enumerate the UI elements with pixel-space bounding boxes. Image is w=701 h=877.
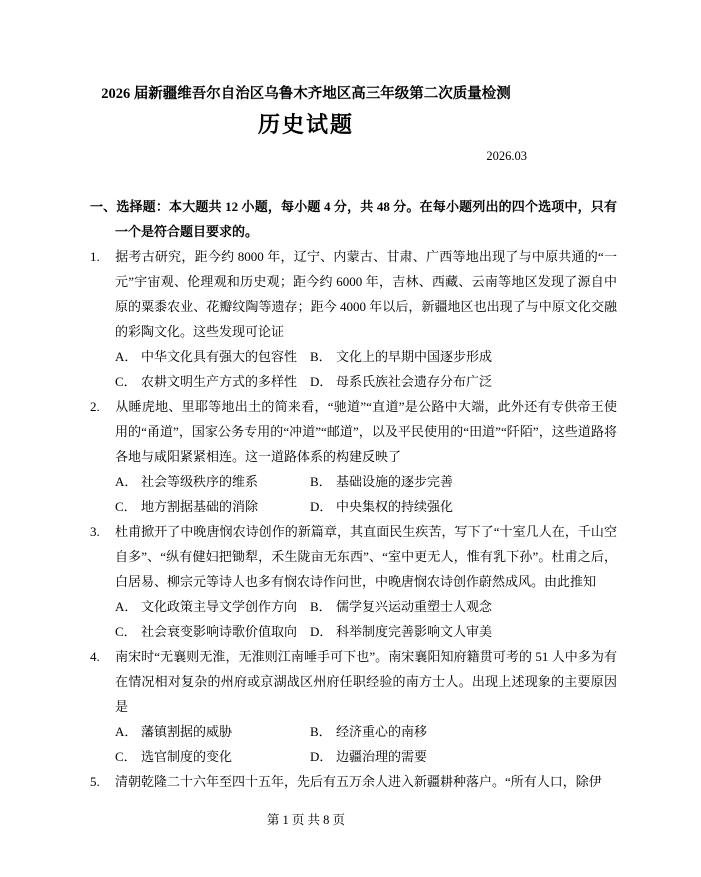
option-label: D． bbox=[310, 369, 336, 394]
option-label: C． bbox=[115, 494, 141, 519]
question-1: 1.据考古研究，距今约 8000 年，辽宁、内蒙古、甘肃、广西等地出现了与中原共… bbox=[90, 244, 617, 394]
option-b: B．儒学复兴运动重塑士人观念 bbox=[310, 594, 617, 619]
option-label: B． bbox=[310, 469, 336, 494]
option-a: A．社会等级秩序的维系 bbox=[115, 469, 310, 494]
option-d: D．科举制度完善影响文人审美 bbox=[310, 619, 617, 644]
option-b: B．文化上的早期中国逐步形成 bbox=[310, 344, 617, 369]
question-4: 4.南宋时“无襄则无淮，无淮则江南唾手可下也”。南宋襄阳知府籍贯可考的 51 人… bbox=[90, 644, 617, 769]
option-text: 社会衰变影响诗歌价值取向 bbox=[141, 624, 297, 639]
option-text: 科举制度完善影响文人审美 bbox=[336, 624, 492, 639]
page-footer: 第 1 页 共 8 页 bbox=[90, 812, 617, 828]
question-stem: 2.从睡虎地、里耶等地出土的简来看，“驰道”“直道”是公路中大端，此外还有专供帝… bbox=[90, 394, 617, 469]
question-number: 1. bbox=[90, 244, 115, 269]
exam-title: 2026 届新疆维吾尔自治区乌鲁木齐地区高三年级第二次质量检测 bbox=[90, 84, 617, 104]
question-stem-text: 清朝乾隆二十六年至四十五年，先后有五万余人进入新疆耕种落户。“所有人口，除伊 bbox=[115, 774, 602, 789]
option-label: B． bbox=[310, 719, 336, 744]
option-d: D．中央集权的持续强化 bbox=[310, 494, 617, 519]
option-text: 选官制度的变化 bbox=[141, 749, 232, 764]
question-options: A．中华文化具有强大的包容性 B．文化上的早期中国逐步形成 C．农耕文明生产方式… bbox=[90, 344, 617, 394]
question-stem: 1.据考古研究，距今约 8000 年，辽宁、内蒙古、甘肃、广西等地出现了与中原共… bbox=[90, 244, 617, 344]
option-a: A．文化政策主导文学创作方向 bbox=[115, 594, 310, 619]
option-label: B． bbox=[310, 594, 336, 619]
question-number: 3. bbox=[90, 519, 115, 544]
question-options: A．藩镇割据的威胁 B．经济重心的南移 C．选官制度的变化 D．边疆治理的需要 bbox=[90, 719, 617, 769]
question-3: 3.杜甫掀开了中晚唐悯农诗创作的新篇章，其直面民生疾苦，写下了“十室几人在，千山… bbox=[90, 519, 617, 644]
question-stem-text: 杜甫掀开了中晚唐悯农诗创作的新篇章，其直面民生疾苦，写下了“十室几人在，千山空自… bbox=[115, 524, 617, 589]
question-stem-text: 南宋时“无襄则无淮，无淮则江南唾手可下也”。南宋襄阳知府籍贯可考的 51 人中多… bbox=[115, 649, 617, 714]
option-text: 文化政策主导文学创作方向 bbox=[141, 599, 297, 614]
option-b: B．经济重心的南移 bbox=[310, 719, 617, 744]
question-options: A．社会等级秩序的维系 B．基础设施的逐步完善 C．地方割据基础的消除 D．中央… bbox=[90, 469, 617, 519]
subject-title: 历史试题 bbox=[90, 110, 617, 140]
question-number: 5. bbox=[90, 769, 115, 794]
option-c: C．社会衰变影响诗歌价值取向 bbox=[115, 619, 310, 644]
question-options: A．文化政策主导文学创作方向 B．儒学复兴运动重塑士人观念 C．社会衰变影响诗歌… bbox=[90, 594, 617, 644]
option-d: D．边疆治理的需要 bbox=[310, 744, 617, 769]
option-a: A．藩镇割据的威胁 bbox=[115, 719, 310, 744]
option-text: 中央集权的持续强化 bbox=[336, 499, 453, 514]
option-label: D． bbox=[310, 494, 336, 519]
section-heading: 一、选择题：本大题共 12 小题，每小题 4 分，共 48 分。在每小题列出的四… bbox=[90, 194, 617, 244]
option-label: C． bbox=[115, 369, 141, 394]
option-d: D．母系氏族社会遗存分布广泛 bbox=[310, 369, 617, 394]
question-2: 2.从睡虎地、里耶等地出土的简来看，“驰道”“直道”是公路中大端，此外还有专供帝… bbox=[90, 394, 617, 519]
option-text: 经济重心的南移 bbox=[336, 724, 427, 739]
option-label: A． bbox=[115, 719, 141, 744]
question-stem: 5.清朝乾隆二十六年至四十五年，先后有五万余人进入新疆耕种落户。“所有人口，除伊 bbox=[90, 769, 617, 794]
question-stem-text: 从睡虎地、里耶等地出土的简来看，“驰道”“直道”是公路中大端，此外还有专供帝王使… bbox=[115, 399, 617, 464]
option-label: D． bbox=[310, 619, 336, 644]
option-text: 母系氏族社会遗存分布广泛 bbox=[336, 374, 492, 389]
option-label: A． bbox=[115, 344, 141, 369]
option-label: B． bbox=[310, 344, 336, 369]
question-number: 2. bbox=[90, 394, 115, 419]
option-label: C． bbox=[115, 744, 141, 769]
option-a: A．中华文化具有强大的包容性 bbox=[115, 344, 310, 369]
option-c: C．选官制度的变化 bbox=[115, 744, 310, 769]
question-stem: 3.杜甫掀开了中晚唐悯农诗创作的新篇章，其直面民生疾苦，写下了“十室几人在，千山… bbox=[90, 519, 617, 594]
option-text: 社会等级秩序的维系 bbox=[141, 474, 258, 489]
option-label: D． bbox=[310, 744, 336, 769]
option-text: 农耕文明生产方式的多样性 bbox=[141, 374, 297, 389]
question-number: 4. bbox=[90, 644, 115, 669]
option-label: A． bbox=[115, 594, 141, 619]
option-b: B．基础设施的逐步完善 bbox=[310, 469, 617, 494]
question-stem-text: 据考古研究，距今约 8000 年，辽宁、内蒙古、甘肃、广西等地出现了与中原共通的… bbox=[115, 249, 617, 339]
exam-page: 2026 届新疆维吾尔自治区乌鲁木齐地区高三年级第二次质量检测 历史试题 202… bbox=[0, 0, 701, 877]
option-text: 中华文化具有强大的包容性 bbox=[141, 349, 297, 364]
option-label: A． bbox=[115, 469, 141, 494]
option-c: C．地方割据基础的消除 bbox=[115, 494, 310, 519]
question-5: 5.清朝乾隆二十六年至四十五年，先后有五万余人进入新疆耕种落户。“所有人口，除伊 bbox=[90, 769, 617, 794]
option-text: 儒学复兴运动重塑士人观念 bbox=[336, 599, 492, 614]
question-stem: 4.南宋时“无襄则无淮，无淮则江南唾手可下也”。南宋襄阳知府籍贯可考的 51 人… bbox=[90, 644, 617, 719]
option-text: 文化上的早期中国逐步形成 bbox=[336, 349, 492, 364]
option-text: 地方割据基础的消除 bbox=[141, 499, 258, 514]
option-c: C．农耕文明生产方式的多样性 bbox=[115, 369, 310, 394]
exam-date: 2026.03 bbox=[90, 148, 617, 164]
option-text: 基础设施的逐步完善 bbox=[336, 474, 453, 489]
option-text: 藩镇割据的威胁 bbox=[141, 724, 232, 739]
option-text: 边疆治理的需要 bbox=[336, 749, 427, 764]
option-label: C． bbox=[115, 619, 141, 644]
